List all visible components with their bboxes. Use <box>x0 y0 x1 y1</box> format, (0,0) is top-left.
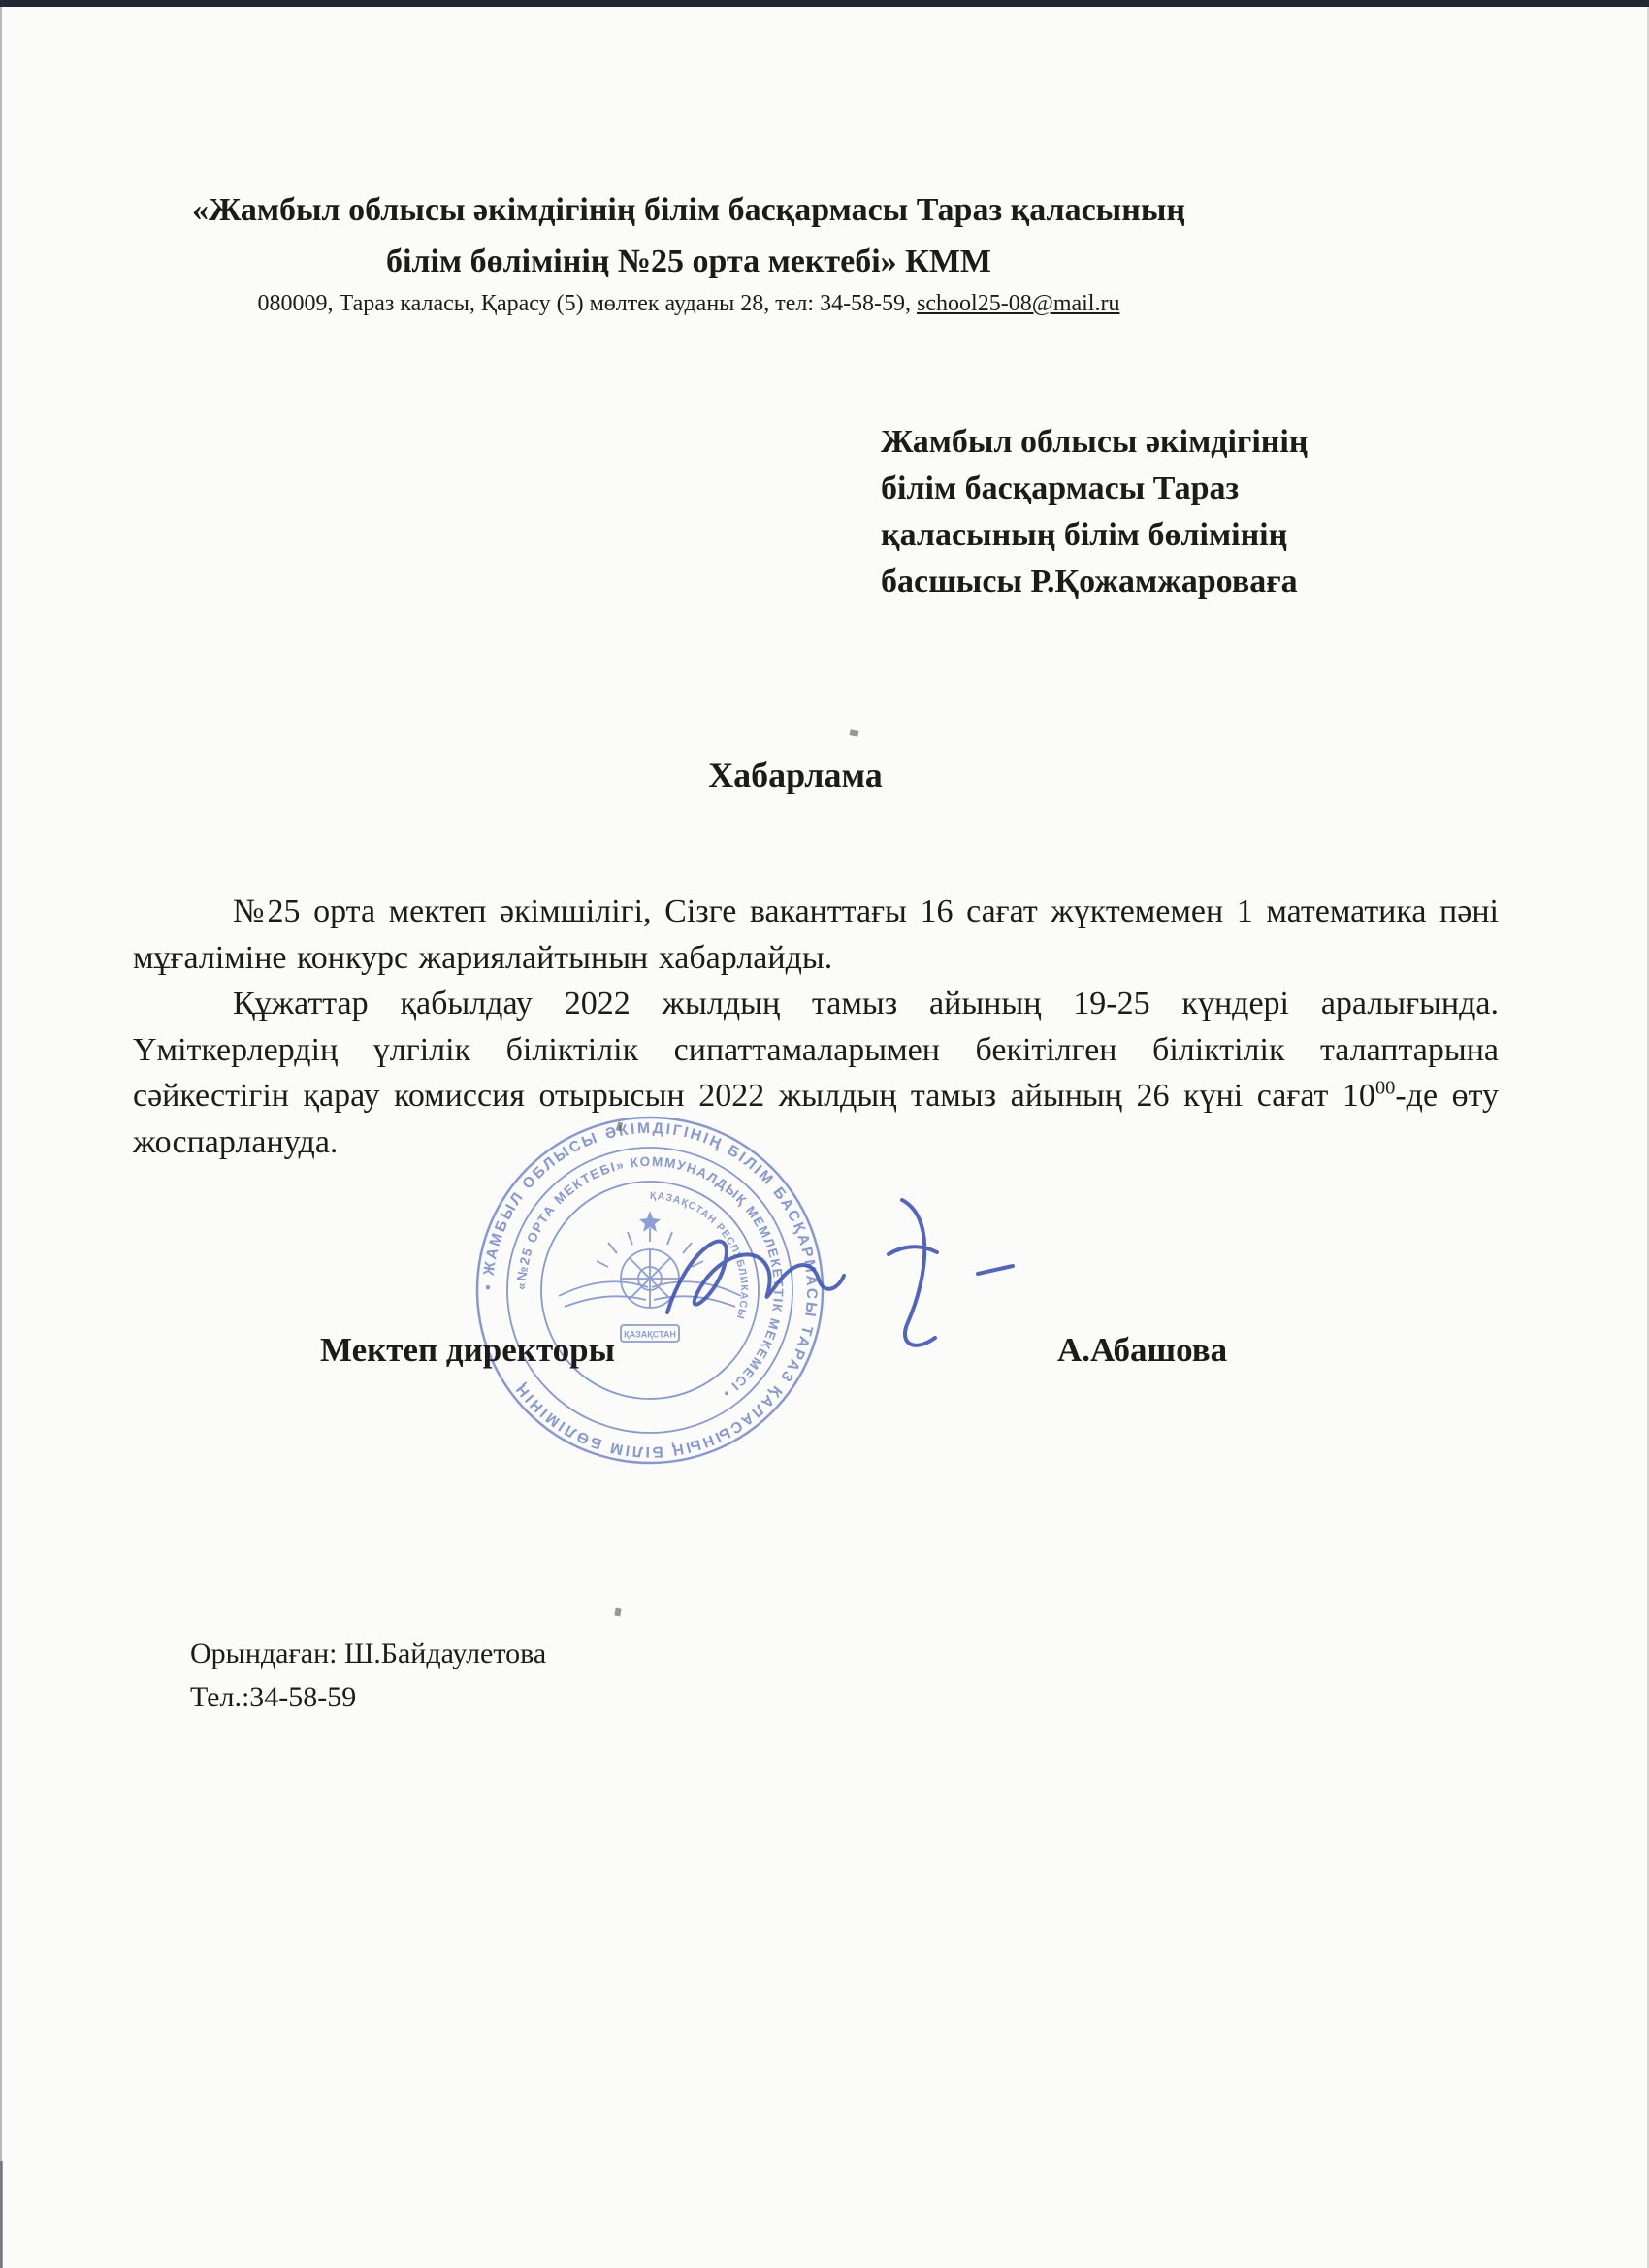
handwritten-signature <box>611 1159 1038 1392</box>
scan-edge-left <box>0 7 2 2268</box>
recipient-line: Жамбыл облысы әкімдігінің <box>881 419 1395 466</box>
footer-phone: Тел.:34-58-59 <box>190 1675 546 1719</box>
scanned-letter-page: «Жамбыл облысы әкімдігінің білім басқарм… <box>0 0 1649 2268</box>
letterhead-line-2: білім бөлімінің №25 орта мектебі» КММ <box>116 236 1261 287</box>
scan-speck <box>849 729 858 737</box>
letterhead-email-link[interactable]: school25-08@mail.ru <box>917 291 1119 316</box>
letterhead: «Жамбыл облысы әкімдігінің білім басқарм… <box>116 184 1261 318</box>
document-title: Хабарлама <box>0 755 1591 795</box>
recipient-line: білім басқармасы Тараз <box>881 466 1395 512</box>
letterhead-line-1: «Жамбыл облысы әкімдігінің білім басқарм… <box>116 184 1261 236</box>
body-paragraph-2-text: Құжаттар қабылдау 2022 жылдың тамыз айын… <box>133 986 1499 1114</box>
signature-role-label: Мектеп директоры <box>320 1331 615 1370</box>
recipient-line: қаласының білім бөлімінің <box>881 512 1395 559</box>
recipient-line: басшысы Р.Қожамжароваға <box>881 559 1395 605</box>
signature-name: А.Абашова <box>1057 1331 1227 1370</box>
footer-executor: Орындаған: Ш.Байдаулетова <box>190 1632 546 1675</box>
scan-edge-top <box>0 0 1649 7</box>
time-superscript: 00 <box>1375 1078 1395 1099</box>
scan-speck <box>614 1608 621 1617</box>
recipient-block: Жамбыл облысы әкімдігінің білім басқарма… <box>881 419 1395 605</box>
scan-edge-bottom-left <box>0 2161 3 2268</box>
letterhead-address: 080009, Тараз каласы, Қарасу (5) мөлтек … <box>116 289 1261 318</box>
footer-block: Орындаған: Ш.Байдаулетова Тел.:34-58-59 <box>190 1632 546 1719</box>
letterhead-address-text: 080009, Тараз каласы, Қарасу (5) мөлтек … <box>258 291 918 316</box>
body-paragraph-1: №25 орта мектеп әкімшілігі, Сізге вакант… <box>133 889 1499 981</box>
